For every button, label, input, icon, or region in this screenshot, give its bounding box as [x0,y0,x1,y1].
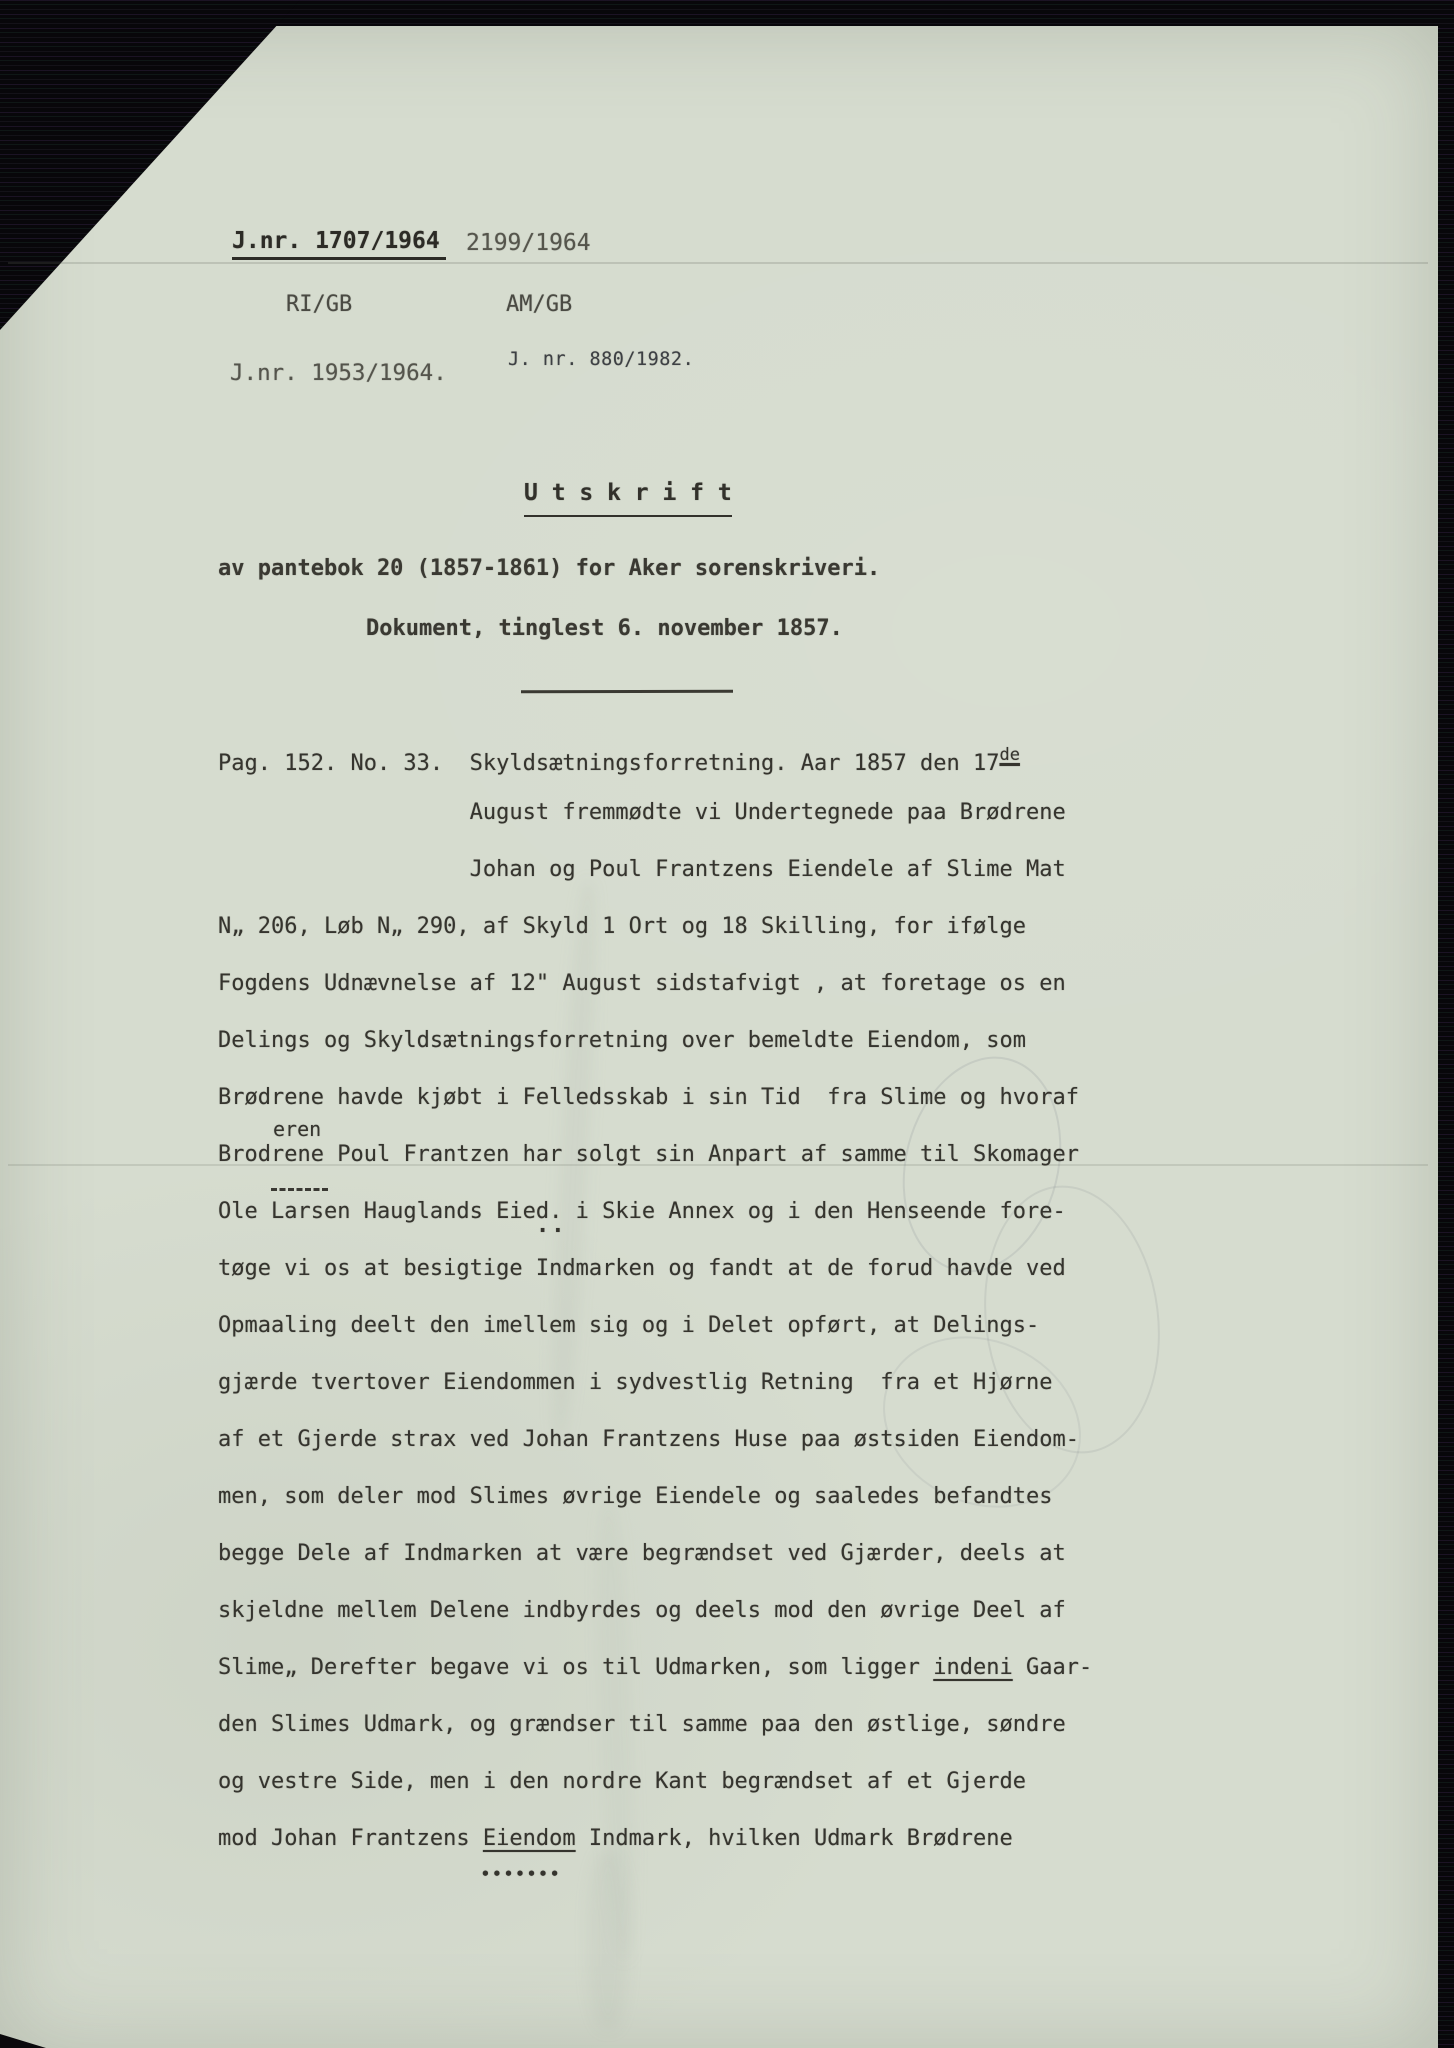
body-text: Pag. 152. No. 33. Skyldsætningsforretnin… [218,727,1092,1867]
journal-number-secondary: 2199/1964 [466,230,591,256]
underlined-word-indeni: indeni [933,1655,1012,1680]
body-line: af et Gjerde strax ved Johan Frantzens H… [218,1411,1092,1468]
journal-number-1953: J.nr. 1953/1964. [230,360,447,386]
body-line: Ole Larsen Hauglands Eied. i Skie Annex … [218,1183,1092,1240]
dot-annotation-row: ••••••• [481,1868,562,1880]
body-line-with-correction: mod Johan Frantzens Eiendom••••••• Indma… [218,1810,1092,1867]
initials-right: AM/GB [506,292,572,317]
body-line: begge Dele af Indmarken at være begrænds… [218,1525,1092,1582]
journal-number-880: J. nr. 880/1982. [508,349,694,370]
bleedthrough-smudge [588,1850,628,2030]
intro-line-2: Dokument, tinglest 6. november 1857. [366,616,843,641]
superscript-de: de [999,745,1019,765]
body-line: og vestre Side, men i den nordre Kant be… [218,1753,1092,1810]
body-line: Opmaaling deelt den imellem sig og i Del… [218,1297,1092,1354]
body-line: Johan og Poul Frantzens Eiendele af Slim… [218,841,1092,898]
body-line: Pag. 152. No. 33. Skyldsætningsforretnin… [218,727,1092,784]
body-line: men, som deler mod Slimes øvrige Eiendel… [218,1468,1092,1525]
underlined-word-eiendom: Eiendom••••••• [483,1826,576,1851]
body-line: Slime„ Derefter begave vi os til Udmarke… [218,1639,1092,1696]
body-line: den Slimes Udmark, og grændser til samme… [218,1696,1092,1753]
body-line: tøge vi os at besigtige Indmarken og fan… [218,1240,1092,1297]
body-line: N„ 206, Løb N„ 290, af Skyld 1 Ort og 18… [218,898,1092,955]
body-line-with-correction: Broderenrene Poul Frantzen har solgt sin… [218,1126,1092,1183]
body-line: Brødrene havde kjøbt i Felledsskab i sin… [218,1069,1092,1126]
scan-border-right [1438,0,1454,2048]
intro-line-1: av pantebok 20 (1857-1861) for Aker sore… [218,556,880,581]
body-line: Delings og Skyldsætningsforretning over … [218,1012,1092,1069]
initials-left: RI/GB [286,292,352,317]
correction-inserted-text: eren [273,1119,321,1139]
journal-number-main: J.nr. 1707/1964 [232,228,446,260]
scanned-document-page: J.nr. 1707/1964 2199/1964 RI/GB AM/GB J.… [0,0,1454,2048]
body-line: gjærde tvertover Eiendommen i sydvestlig… [218,1354,1092,1411]
dot-annotation: .. [536,1219,567,1233]
body-line: Fogdens Udnævnelse af 12" August sidstaf… [218,955,1092,1012]
body-line: skjeldne mellem Delene indbyrdes og deel… [218,1582,1092,1639]
document-title: U t s k r i f t [524,480,732,517]
scan-artifact-line [8,262,1428,264]
body-line: August fremmødte vi Undertegnede paa Brø… [218,784,1092,841]
typed-correction: erenrene [271,1142,324,1167]
